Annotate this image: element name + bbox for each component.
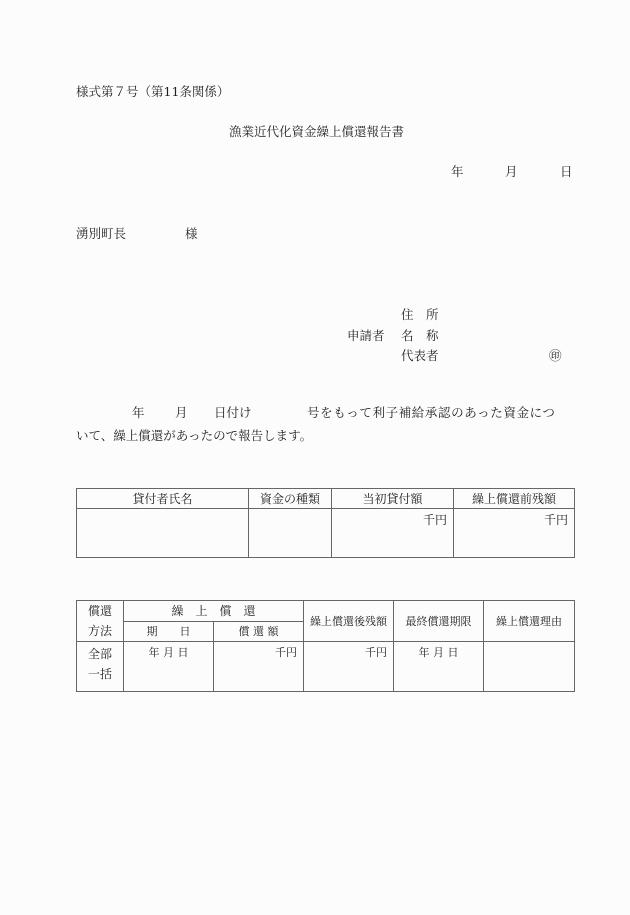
cell-date[interactable]: 年 月 日 (124, 642, 214, 692)
table-header-row: 貸付者氏名 資金の種類 当初貸付額 繰上償還前残額 (77, 489, 575, 509)
header-final-deadline: 最終償還期限 (394, 601, 484, 642)
header-fund-type: 資金の種類 (249, 489, 332, 509)
cell-lender-name[interactable] (77, 509, 249, 558)
header-amount: 償 還 額 (214, 621, 304, 642)
form-number: 様式第７号（第11条関係） (76, 86, 229, 99)
body-line1-rest: 号をもって利子補給承認のあった資金につ (307, 407, 556, 420)
header-early-repayment: 繰 上 償 還 (124, 601, 304, 622)
header-balance-before: 繰上償還前残額 (454, 489, 575, 509)
header-initial-loan: 当初貸付額 (332, 489, 454, 509)
cell-reason[interactable] (484, 642, 575, 692)
cell-method: 全部 一括 (77, 642, 124, 692)
date-year: 年 (451, 166, 464, 179)
header-date: 期 日 (124, 621, 214, 642)
address-label: 住 所 (401, 309, 439, 322)
cell-fund-type[interactable] (249, 509, 332, 558)
table-row: 千円 千円 (77, 509, 575, 558)
body-line2: いて、繰上償還があったので報告します。 (76, 430, 312, 443)
header-reason: 繰上償還理由 (484, 601, 575, 642)
cell-amount[interactable]: 千円 (214, 642, 304, 692)
cell-method-line2: 一括 (77, 664, 123, 684)
header-method-line2: 方法 (77, 621, 123, 641)
body-day-suffix: 日付け (214, 407, 252, 420)
cell-initial-loan[interactable]: 千円 (332, 509, 454, 558)
applicant-label: 申請者 (347, 330, 385, 343)
header-remaining-after: 繰上償還後残額 (304, 601, 394, 642)
addressee-honorific: 様 (185, 228, 198, 241)
header-method: 償還 方法 (77, 601, 124, 642)
table-row: 全部 一括 年 月 日 千円 千円 年 月 日 (77, 642, 575, 692)
header-lender-name: 貸付者氏名 (77, 489, 249, 509)
document-title: 漁業近代化資金繰上償還報告書 (229, 126, 404, 139)
seal-icon: ㊞ (549, 350, 562, 363)
cell-remaining-after[interactable]: 千円 (304, 642, 394, 692)
addressee-name: 湧別町長 (76, 228, 126, 241)
table-header-row: 償還 方法 繰 上 償 還 繰上償還後残額 最終償還期限 繰上償還理由 (77, 601, 575, 622)
cell-method-line1: 全部 (77, 644, 123, 664)
body-year: 年 (132, 407, 145, 420)
name-label: 名 称 (401, 330, 439, 343)
cell-final-deadline[interactable]: 年 月 日 (394, 642, 484, 692)
body-month: 月 (175, 407, 188, 420)
date-month: 月 (505, 166, 518, 179)
repayment-table: 償還 方法 繰 上 償 還 繰上償還後残額 最終償還期限 繰上償還理由 期 日 … (76, 600, 575, 692)
loan-info-table: 貸付者氏名 資金の種類 当初貸付額 繰上償還前残額 千円 千円 (76, 488, 575, 558)
cell-balance-before[interactable]: 千円 (454, 509, 575, 558)
representative-label: 代表者 (401, 350, 439, 363)
header-method-line1: 償還 (77, 601, 123, 621)
date-day: 日 (560, 166, 573, 179)
